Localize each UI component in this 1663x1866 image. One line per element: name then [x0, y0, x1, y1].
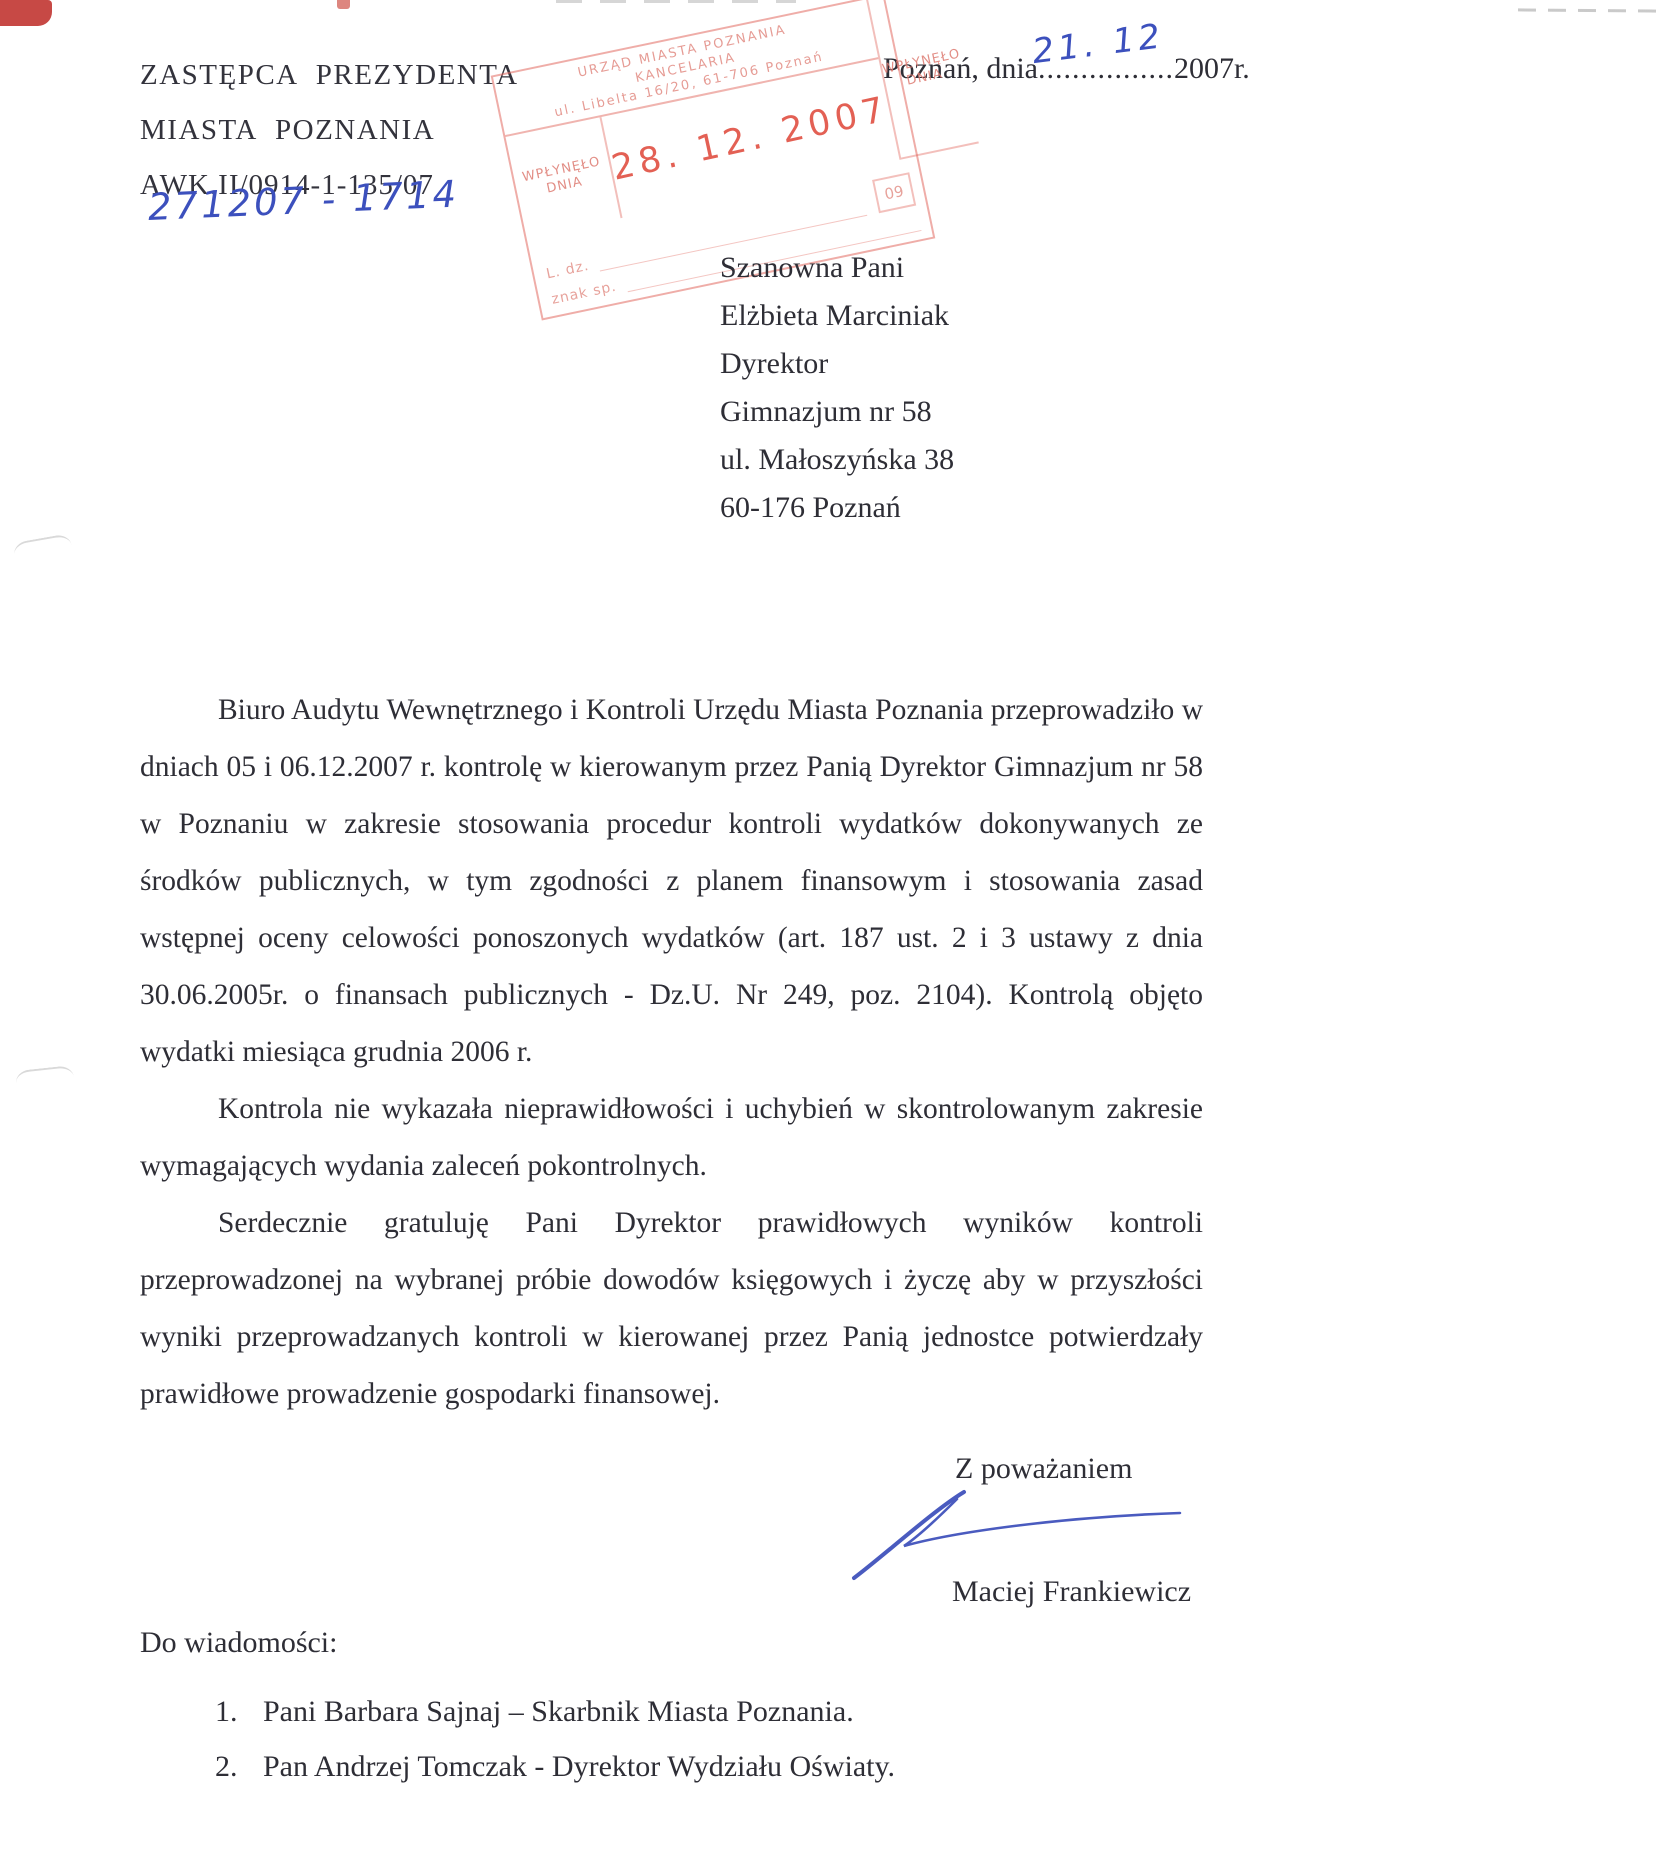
stamp-ldz-label: L. dz.: [545, 258, 591, 283]
scan-artifact-top-dashes-right: [1518, 8, 1658, 12]
cc-item-text: Pan Andrzej Tomczak - Dyrektor Wydziału …: [263, 1739, 895, 1794]
recipient-city: 60-176 Poznań: [720, 484, 954, 532]
recipient-salutation: Szanowna Pani: [720, 244, 954, 292]
handwritten-signature: [836, 1486, 1188, 1582]
scan-artifact-red-tick: [337, 0, 350, 9]
scan-artifact-top-dashes: [556, 0, 796, 3]
cc-heading: Do wiadomości:: [140, 1626, 895, 1660]
recipient-name: Elżbieta Marciniak: [720, 292, 954, 340]
recipient-institution: Gimnazjum nr 58: [720, 388, 954, 436]
scan-artifact-corner: [0, 0, 52, 26]
stamp-code-box: 09: [872, 172, 916, 213]
cc-item-number: 1.: [215, 1684, 263, 1739]
signer-name: Maciej Frankiewicz: [952, 1575, 1191, 1609]
dateline-year: 2007r.: [1174, 52, 1250, 85]
body-paragraph-1: Biuro Audytu Wewnętrznego i Kontroli Urz…: [140, 682, 1203, 1081]
sender-title-line1: ZASTĘPCA PREZYDENTA: [140, 48, 519, 103]
letter-body: Biuro Audytu Wewnętrznego i Kontroli Urz…: [140, 682, 1203, 1423]
cc-block: Do wiadomości: 1. Pani Barbara Sajnaj – …: [140, 1626, 895, 1794]
scan-artifact-arc: [12, 533, 73, 567]
sender-title-line2: MIASTA POZNANIA: [140, 103, 519, 158]
stamp-znak-label: znak sp.: [550, 279, 618, 308]
scan-artifact-arc: [15, 1065, 75, 1095]
cc-item: 1. Pani Barbara Sajnaj – Skarbnik Miasta…: [215, 1684, 895, 1739]
scanned-letter-page: { "letterhead": { "line1": "ZASTĘPCA PRE…: [0, 0, 1663, 1866]
recipient-street: ul. Małoszyńska 38: [720, 436, 954, 484]
cc-item-number: 2.: [215, 1739, 263, 1794]
closing-salutation: Z poważaniem: [955, 1452, 1132, 1486]
recipient-block: Szanowna Pani Elżbieta Marciniak Dyrekto…: [720, 244, 954, 532]
body-paragraph-2: Kontrola nie wykazała nieprawidłowości i…: [140, 1081, 1203, 1195]
cc-item-text: Pani Barbara Sajnaj – Skarbnik Miasta Po…: [263, 1684, 854, 1739]
recipient-position: Dyrektor: [720, 340, 954, 388]
body-paragraph-3: Serdecznie gratuluję Pani Dyrektor prawi…: [140, 1195, 1203, 1423]
cc-item: 2. Pan Andrzej Tomczak - Dyrektor Wydzia…: [215, 1739, 895, 1794]
